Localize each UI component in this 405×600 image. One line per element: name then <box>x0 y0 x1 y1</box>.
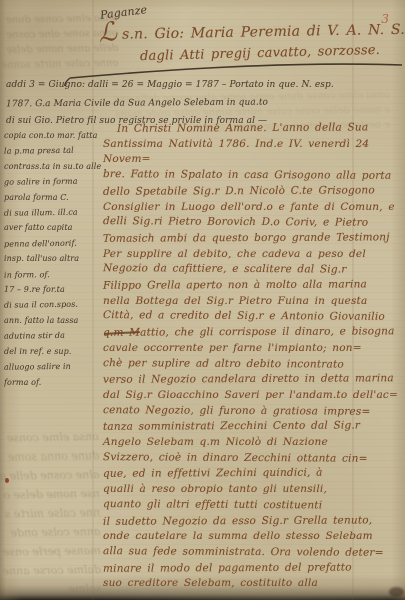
body-text-line: Filippo Grella aperto non à molto alla m… <box>103 277 403 294</box>
body-text-line: cavale occorrente per farne l'impianto; … <box>103 341 403 357</box>
body-text-line: Santissima Natività 1786. Ind.e IV. vene… <box>103 137 403 168</box>
body-text-line: dello Spetabile Sig.r D.n Nicolò C.te Gr… <box>103 183 403 200</box>
header-line-1: s.n. Gio: Maria Peremia di V. A. N. S. h… <box>122 21 405 42</box>
ink-stain <box>5 478 9 483</box>
margin-note-line: parola forma C. <box>4 190 102 205</box>
body-text-line: qualli à reso obropio tanto gli utensili… <box>103 482 403 498</box>
body-text-line: q.m Mattio, che gli corrispose il dinaro… <box>103 324 403 341</box>
margin-note-line: 17 – 9.re for.ta <box>4 282 102 297</box>
body-text-line: verso il Negozio candelara diretto in de… <box>103 371 403 388</box>
body-text-line: Tomasich ambi da questo borgo grande Tes… <box>103 230 403 247</box>
body-text-line: suo creditore Selebam, costituito alla <box>103 576 403 592</box>
body-text-line: dal Sig.r Gioacchino Saveri per l'andam.… <box>103 388 403 404</box>
margin-annotations: copia con.to mar. fattala p.ma presa tal… <box>4 128 102 390</box>
body-text-line: nella Bottega del Sig.r Pietro Fuina in … <box>103 294 403 310</box>
manuscript-page: onsa elme conse dune onna some alne cosn… <box>0 0 405 600</box>
margin-note-line: go salire in forma <box>4 174 102 191</box>
margin-note-line: di sua illum. ill.ca <box>4 204 102 221</box>
body-text-line: delli Sig.ri Pietro Borovich D.o Coriv, … <box>103 214 403 232</box>
margin-note-line: adutina stir da <box>4 328 102 345</box>
margin-note-line: di sua il con.spos. <box>4 297 102 314</box>
body-text: In Christi Nomine Amane. L'anno della Su… <box>103 121 403 592</box>
body-text-line: que, ed in effettivi Zechini quindici, à <box>103 466 403 483</box>
body-text-line: Per supplire al debito, che cadeva a pes… <box>103 247 403 263</box>
body-text-line: il sudetto Negozio da esso Sig.r Grella … <box>103 513 403 530</box>
body-text-line: tanza somministrati Zecchini Cento dal S… <box>103 419 403 436</box>
body-text-line: minare il modo del pagamento del prefatt… <box>103 560 403 577</box>
body-text-line: onde cautelare la summa dello stesso Sel… <box>103 529 403 545</box>
body-text-line: bre. Fatto in Spalato in casa Grisogono … <box>103 167 403 185</box>
body-text-line: Città, ed a credito del Sig.r e Antonio … <box>103 309 403 327</box>
margin-note-line: alluogo salire in <box>4 358 102 375</box>
body-text-line: quanto gli altri effetti tutti costituen… <box>103 497 403 515</box>
margin-note-line: la p.ma presa tal <box>4 143 102 160</box>
body-text-line: Angelo Selebam q.m Nicolò di Nazione <box>103 435 403 451</box>
body-text-line: alla sua fede somministrata. Ora volendo… <box>103 544 403 562</box>
margin-note-line: aver fatto capita <box>4 220 102 235</box>
corner-smudge <box>389 587 404 597</box>
margin-note-line: contrass.ta in su.to alle <box>4 159 102 174</box>
body-text-line: Negozio da cafittiere, e scalitere dal S… <box>103 261 403 279</box>
bleedthrough-text: onsa elme conse dune onna some alne cosn… <box>0 427 101 594</box>
margin-note-line: ann. fatto la tassa <box>4 313 102 328</box>
margin-note-line: penna dell'onorif. <box>4 235 102 252</box>
body-text-line: In Christi Nomine Amane. L'anno della Su… <box>103 120 403 137</box>
header-flourish: ℒ <box>96 17 119 49</box>
margin-note-line: in form. of. <box>4 266 102 283</box>
margin-note-line: copia con.to mar. fatta <box>4 128 102 143</box>
margin-note-line: forma of. <box>4 375 102 390</box>
margin-note-line: insp. tall'uso altra <box>4 251 102 266</box>
margin-note-line: del in ref. e sup. <box>4 344 102 359</box>
body-text-line: Consiglier in Luogo dell'ord.o e fante d… <box>103 200 403 216</box>
registration-note-line: addi 3 = Giugno: dalli = 26 = Maggio = 1… <box>6 76 402 94</box>
registration-note-line: 1787. G.a Maria Civile da Sua Angelo Sel… <box>6 93 402 114</box>
